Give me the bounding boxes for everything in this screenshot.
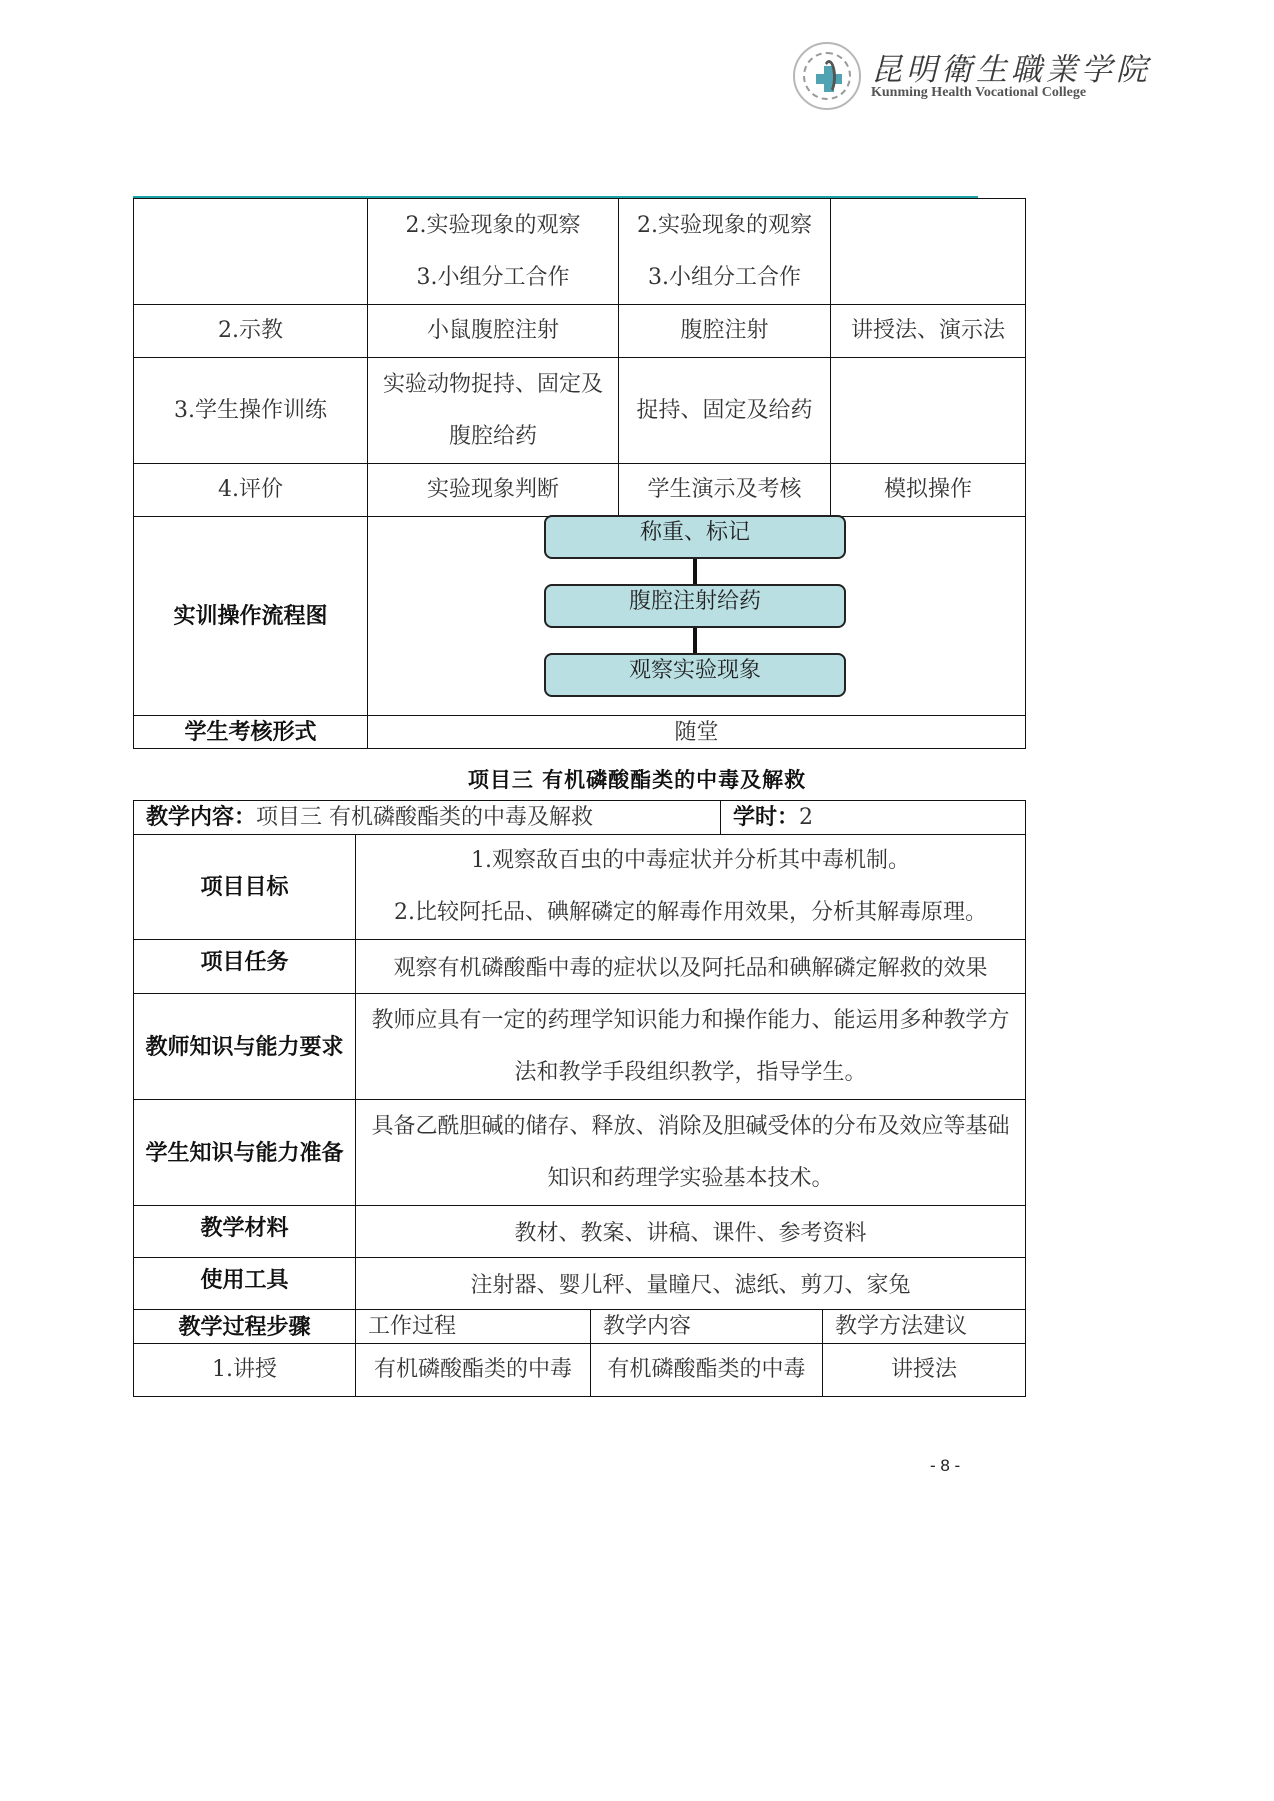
college-emblem-icon	[793, 42, 861, 110]
process-header-method: 教学方法建议	[823, 1310, 1026, 1344]
objectives-row: 项目目标 1.观察敌百虫的中毒症状并分析其中毒机制。 2.比较阿托品、碘解磷定的…	[134, 835, 1026, 940]
teacher-requirements-value: 教师应具有一定的药理学知识能力和操作能力、能运用多种教学方 法和教学手段组织教学…	[356, 994, 1026, 1100]
flowchart: 称重、标记 腹腔注射给药 观察实验现象	[544, 515, 848, 697]
content-cell: 学生演示及考核	[619, 464, 831, 517]
table-row: 3.学生操作训练 实验动物捉持、固定及 腹腔给药 捉持、固定及给药	[134, 358, 1026, 464]
work-process-cell: 实验现象判断	[368, 464, 619, 517]
assessment-row: 学生考核形式 随堂	[134, 716, 1026, 749]
method-cell	[831, 199, 1026, 305]
process-header-content: 教学内容	[591, 1310, 823, 1344]
teacher-requirements-row: 教师知识与能力要求 教师应具有一定的药理学知识能力和操作能力、能运用多种教学方 …	[134, 994, 1026, 1100]
flowchart-row: 实训操作流程图 称重、标记 腹腔注射给药 观察实验现象	[134, 517, 1026, 716]
tools-label: 使用工具	[134, 1258, 356, 1310]
table-row: 2.示教 小鼠腹腔注射 腹腔注射 讲授法、演示法	[134, 305, 1026, 358]
work-process-cell: 小鼠腹腔注射	[368, 305, 619, 358]
project-three-table: 教学内容：项目三 有机磷酸酯类的中毒及解救 学时：2 项目目标 1.观察敌百虫的…	[133, 800, 1026, 1397]
flow-connector	[693, 628, 697, 653]
process-work: 有机磷酸酯类的中毒	[356, 1344, 591, 1397]
table-row: 4.评价 实验现象判断 学生演示及考核 模拟操作	[134, 464, 1026, 517]
method-cell	[831, 358, 1026, 464]
materials-row: 教学材料 教材、教案、讲稿、课件、参考资料	[134, 1206, 1026, 1258]
materials-value: 教材、教案、讲稿、课件、参考资料	[356, 1206, 1026, 1258]
content-cell: 2.实验现象的观察 3.小组分工合作	[619, 199, 831, 305]
process-content: 有机磷酸酯类的中毒	[591, 1344, 823, 1397]
process-row: 1.讲授 有机磷酸酯类的中毒 有机磷酸酯类的中毒 讲授法	[134, 1344, 1026, 1397]
teaching-content-row: 教学内容：项目三 有机磷酸酯类的中毒及解救 学时：2	[134, 801, 1026, 835]
student-preparation-label: 学生知识与能力准备	[134, 1100, 356, 1206]
objectives-label: 项目目标	[134, 835, 356, 940]
flow-step-injection: 腹腔注射给药	[544, 584, 846, 628]
table-row: 2.实验现象的观察 3.小组分工合作 2.实验现象的观察 3.小组分工合作	[134, 199, 1026, 305]
student-preparation-value: 具备乙酰胆碱的储存、释放、消除及胆碱受体的分布及效应等基础 知识和药理学实验基本…	[356, 1100, 1026, 1206]
flowchart-cell: 称重、标记 腹腔注射给药 观察实验现象	[368, 517, 1026, 716]
flow-connector	[693, 559, 697, 584]
college-name-en: Kunming Health Vocational College	[871, 85, 1086, 101]
flow-step-weigh-mark: 称重、标记	[544, 515, 846, 559]
process-header-row: 教学过程步骤 工作过程 教学内容 教学方法建议	[134, 1310, 1026, 1344]
flow-step-observe: 观察实验现象	[544, 653, 846, 697]
step-cell: 4.评价	[134, 464, 368, 517]
teacher-requirements-label: 教师知识与能力要求	[134, 994, 356, 1100]
assessment-label: 学生考核形式	[134, 716, 368, 749]
section-title: 项目三 有机磷酸酯类的中毒及解救	[0, 764, 1274, 794]
student-preparation-row: 学生知识与能力准备 具备乙酰胆碱的储存、释放、消除及胆碱受体的分布及效应等基础 …	[134, 1100, 1026, 1206]
tasks-value: 观察有机磷酸酯中毒的症状以及阿托品和碘解磷定解救的效果	[356, 940, 1026, 994]
process-header-work: 工作过程	[356, 1310, 591, 1344]
method-cell: 讲授法、演示法	[831, 305, 1026, 358]
materials-label: 教学材料	[134, 1206, 356, 1258]
assessment-value: 随堂	[368, 716, 1026, 749]
college-name-cn: 昆明衛生職業学院	[871, 44, 1151, 89]
college-logo: 昆明衛生職業学院 Kunming Health Vocational Colle…	[793, 42, 1113, 112]
flowchart-label: 实训操作流程图	[134, 517, 368, 716]
tools-value: 注射器、婴儿秤、量瞳尺、滤纸、剪刀、家兔	[356, 1258, 1026, 1310]
step-cell	[134, 199, 368, 305]
tasks-label: 项目任务	[134, 940, 356, 994]
hours-cell: 学时：2	[721, 801, 1026, 835]
process-method: 讲授法	[823, 1344, 1026, 1397]
step-cell: 3.学生操作训练	[134, 358, 368, 464]
teaching-content-cell: 教学内容：项目三 有机磷酸酯类的中毒及解救	[134, 801, 721, 835]
tools-row: 使用工具 注射器、婴儿秤、量瞳尺、滤纸、剪刀、家兔	[134, 1258, 1026, 1310]
method-cell: 模拟操作	[831, 464, 1026, 517]
work-process-cell: 2.实验现象的观察 3.小组分工合作	[368, 199, 619, 305]
process-step: 1.讲授	[134, 1344, 356, 1397]
content-cell: 捉持、固定及给药	[619, 358, 831, 464]
page-number: - 8 -	[930, 1456, 960, 1476]
step-cell: 2.示教	[134, 305, 368, 358]
process-header-step: 教学过程步骤	[134, 1310, 356, 1344]
teaching-process-table-continued: 2.实验现象的观察 3.小组分工合作 2.实验现象的观察 3.小组分工合作 2.…	[133, 198, 1026, 749]
work-process-cell: 实验动物捉持、固定及 腹腔给药	[368, 358, 619, 464]
tasks-row: 项目任务 观察有机磷酸酯中毒的症状以及阿托品和碘解磷定解救的效果	[134, 940, 1026, 994]
objectives-value: 1.观察敌百虫的中毒症状并分析其中毒机制。 2.比较阿托品、碘解磷定的解毒作用效…	[356, 835, 1026, 940]
content-cell: 腹腔注射	[619, 305, 831, 358]
